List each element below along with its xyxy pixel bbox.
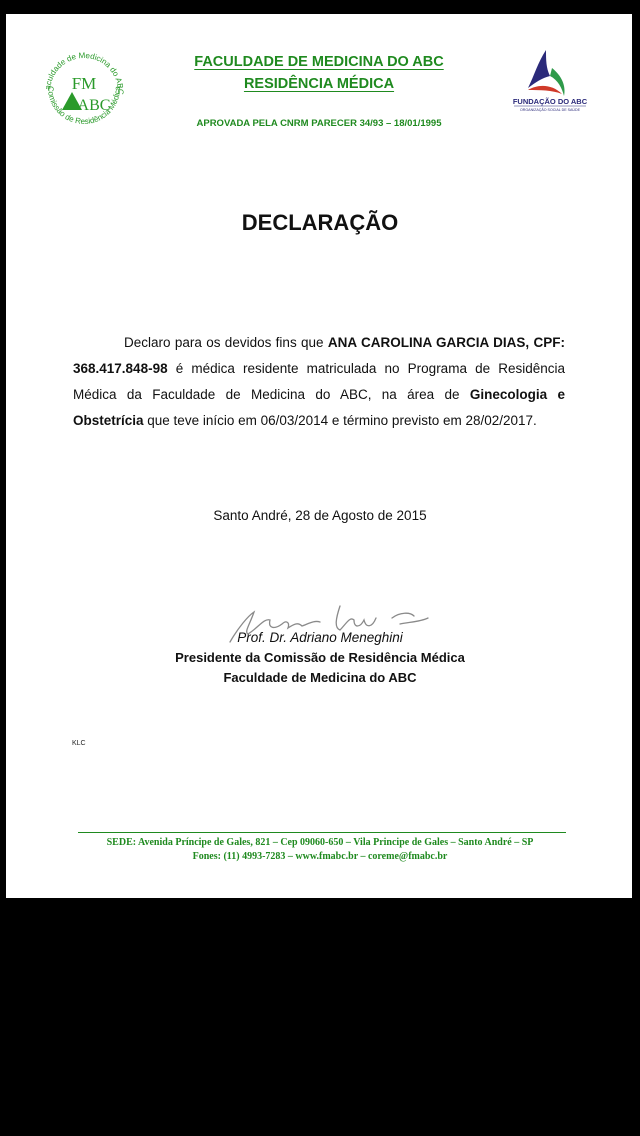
signatory-name: Prof. Dr. Adriano Meneghini [0, 630, 640, 645]
footer-divider [78, 832, 566, 833]
fundacao-abc-logo: FUNDAÇÃO DO ABC ORGANIZAÇÃO SOCIAL DE SA… [506, 48, 594, 112]
svg-text:ORGANIZAÇÃO SOCIAL DE SAÚDE: ORGANIZAÇÃO SOCIAL DE SAÚDE [520, 107, 581, 112]
approval-note: APROVADA PELA CNRM PARECER 34/93 – 18/01… [6, 118, 632, 129]
svg-text:ABC: ABC [78, 97, 111, 114]
footer-address: SEDE: Avenida Príncipe de Gales, 821 – C… [0, 837, 640, 848]
document-title: DECLARAÇÃO [0, 210, 640, 236]
body-text-1: Declaro para os devidos fins que [124, 335, 328, 350]
footer-contact: Fones: (11) 4993-7283 – www.fmabc.br – c… [0, 851, 640, 862]
typist-initials: KLC [72, 740, 86, 747]
declaration-body: Declaro para os devidos fins que ANA CAR… [73, 330, 565, 434]
svg-text:FUNDAÇÃO DO ABC: FUNDAÇÃO DO ABC [513, 97, 588, 106]
place-date: Santo André, 28 de Agosto de 2015 [0, 508, 640, 523]
document-page: Faculdade de Medicina do ABC Comissão de… [6, 14, 632, 898]
signatory-role: Presidente da Comissão de Residência Méd… [0, 650, 640, 665]
body-text-3: que teve início em 06/03/2014 e término … [144, 413, 537, 428]
signatory-org: Faculdade de Medicina do ABC [0, 670, 640, 685]
